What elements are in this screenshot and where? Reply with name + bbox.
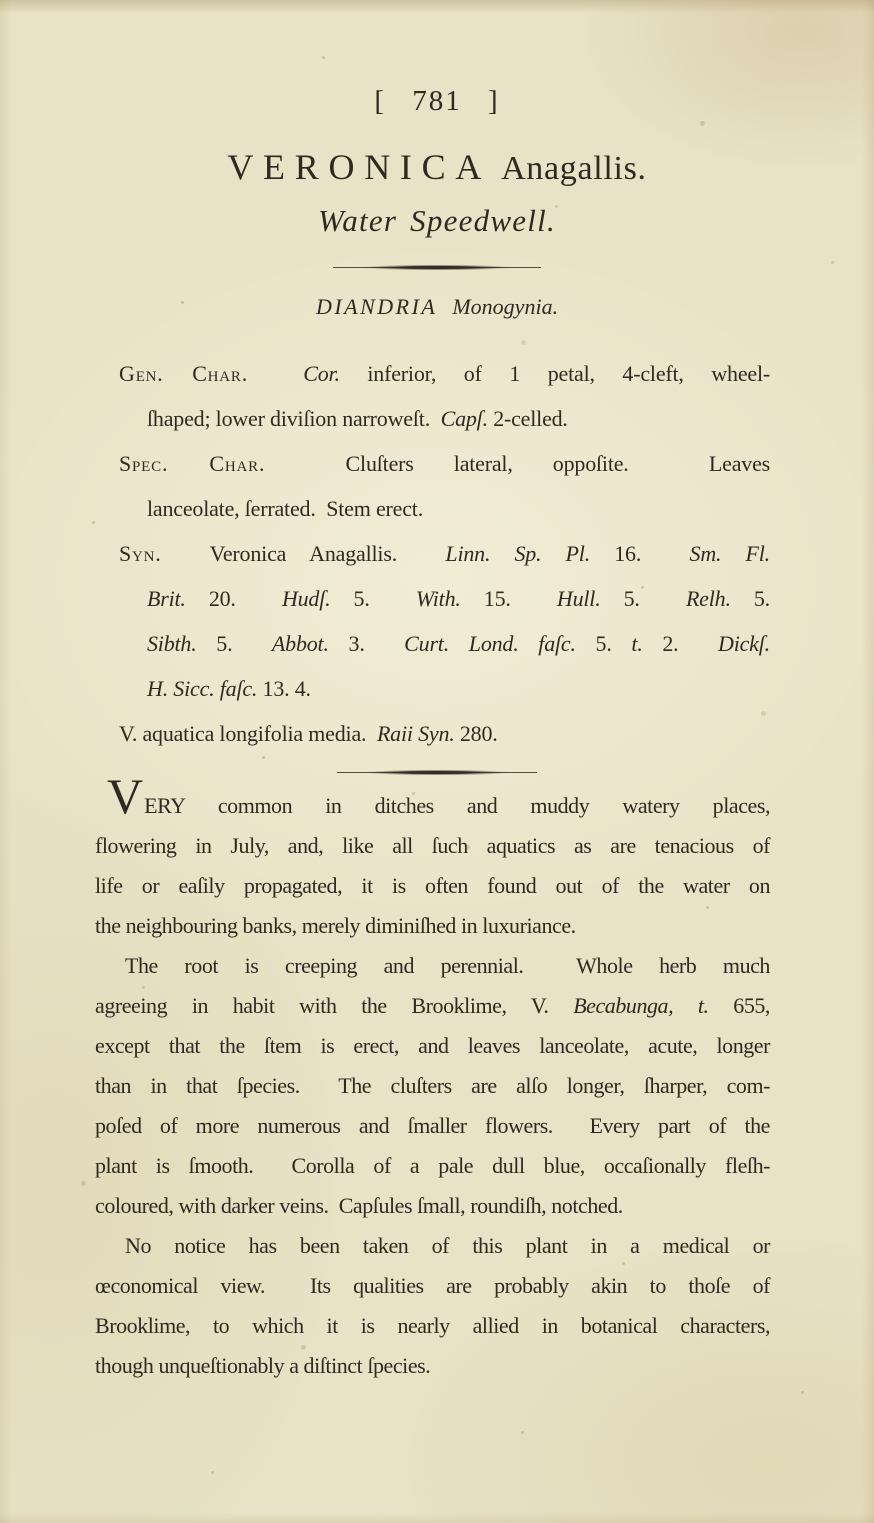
text-line: Brooklime, to which it is nearly allied … [95, 1306, 770, 1346]
text-segment: The root is creeping and perennial. Whol… [125, 953, 770, 978]
text-segment: poſed of more numerous and ſmaller flowe… [95, 1113, 770, 1138]
book-page: [ 781 ] VERONICAAnagallis. Water Speedwe… [0, 0, 874, 1523]
page-number: [ 781 ] [0, 0, 874, 118]
text-segment: Spec. Char. [119, 451, 265, 476]
text-segment: than in that ſpecies. The cluſters are a… [95, 1073, 770, 1098]
text-segment: t. [631, 631, 642, 656]
text-segment: Sibth. [147, 631, 197, 656]
description-paragraph: No notice has been taken of this plant i… [95, 1226, 770, 1386]
text-line: VERY common in ditches and muddy watery … [95, 786, 770, 826]
generic-character-block: Gen. Char. Cor. inferior, of 1 petal, 4-… [119, 351, 770, 441]
text-segment: flowering in July, and, like all ſuch aq… [95, 833, 770, 858]
text-segment: Dickſ. [718, 631, 770, 656]
text-line: lanceolate, ſerrated. Stem erect. [119, 486, 770, 531]
text-line: the neighbouring banks, merely diminiſhe… [95, 906, 770, 946]
text-segment: Brooklime, to which it is nearly allied … [95, 1313, 770, 1338]
text-segment: 280. [455, 721, 498, 746]
text-segment: 15. [461, 586, 557, 611]
text-segment: coloured, with darker veins. Capſules ſm… [95, 1193, 623, 1218]
text-line: œconomical view. Its qualities are proba… [95, 1266, 770, 1306]
text-segment: Becabunga, t. [573, 993, 708, 1018]
text-line: H. Sicc. faſc. 13. 4. [119, 666, 770, 711]
text-segment: 5. [197, 631, 272, 656]
text-segment: Cor. [303, 361, 340, 386]
description-paragraph: VERY common in ditches and muddy watery … [95, 786, 770, 946]
text-segment: Veronica Anagallis. [162, 541, 446, 566]
text-line: except that the ſtem is erect, and leave… [95, 1026, 770, 1066]
text-line: Brit. 20. Hudſ. 5. With. 15. Hull. 5. Re… [119, 576, 770, 621]
text-segment: Relh. [686, 586, 731, 611]
text-line: V. aquatica longifolia media. Raii Syn. … [119, 711, 770, 756]
section-divider-rule [333, 264, 541, 271]
text-segment: V. aquatica longifolia media. [119, 721, 377, 746]
text-segment: Brit. [147, 586, 186, 611]
ray-synonym-block: V. aquatica longifolia media. Raii Syn. … [119, 711, 770, 756]
text-line: Gen. Char. Cor. inferior, of 1 petal, 4-… [119, 351, 770, 396]
species-epithet: Anagallis. [501, 150, 647, 187]
linnaean-class: DIANDRIA [316, 294, 437, 319]
text-segment: Raii Syn. [377, 721, 455, 746]
text-segment: except that the ſtem is erect, and leave… [95, 1033, 770, 1058]
text-segment: life or eaſily propagated, it is often f… [95, 873, 770, 898]
drop-cap-initial: V [107, 768, 144, 824]
text-segment: the neighbouring banks, merely diminiſhe… [95, 913, 576, 938]
text-segment: 16. [590, 541, 690, 566]
text-segment [248, 361, 303, 386]
text-segment: 5. [731, 586, 770, 611]
text-segment: H. Sicc. faſc. [147, 676, 257, 701]
text-line: agreeing in habit with the Brooklime, V.… [95, 986, 770, 1026]
text-line: Sibth. 5. Abbot. 3. Curt. Lond. faſc. 5.… [119, 621, 770, 666]
text-segment: Capſ. [441, 406, 488, 431]
synonyms-block: Syn. Veronica Anagallis. Linn. Sp. Pl. 1… [119, 531, 770, 711]
text-segment: 5. [601, 586, 686, 611]
classification-line: DIANDRIAMonogynia. [0, 293, 874, 321]
text-segment: Syn. [119, 541, 162, 566]
text-segment: Linn. Sp. Pl. [445, 541, 590, 566]
text-segment: ERY common in ditches and muddy watery p… [144, 793, 770, 818]
text-segment: 20. [186, 586, 282, 611]
text-line: than in that ſpecies. The cluſters are a… [95, 1066, 770, 1106]
linnaean-order: Monogynia. [452, 294, 558, 319]
section-divider-rule [337, 769, 537, 776]
text-segment: though unqueſtionably a diſtinct ſpecies… [95, 1353, 430, 1378]
text-line: coloured, with darker veins. Capſules ſm… [95, 1186, 770, 1226]
text-segment: 3. [329, 631, 404, 656]
synopsis-section: Gen. Char. Cor. inferior, of 1 petal, 4-… [119, 351, 770, 756]
text-line: Syn. Veronica Anagallis. Linn. Sp. Pl. 1… [119, 531, 770, 576]
text-line: life or eaſily propagated, it is often f… [95, 866, 770, 906]
text-line: poſed of more numerous and ſmaller flowe… [95, 1106, 770, 1146]
text-segment: 13. 4. [257, 676, 311, 701]
text-segment: Gen. Char. [119, 361, 248, 386]
text-segment: lanceolate, ſerrated. Stem erect. [147, 496, 423, 521]
species-title: VERONICAAnagallis. [0, 146, 874, 190]
text-segment: Abbot. [272, 631, 329, 656]
text-line: though unqueſtionably a diſtinct ſpecies… [95, 1346, 770, 1386]
text-segment: 2. [643, 631, 718, 656]
text-segment: 2-celled. [488, 406, 568, 431]
text-segment: Hull. [557, 586, 601, 611]
text-segment: Sm. Fl. [690, 541, 770, 566]
text-segment: inferior, of 1 petal, 4-cleft, wheel- [340, 361, 770, 386]
text-segment: 5. [576, 631, 632, 656]
description-paragraph: The root is creeping and perennial. Whol… [95, 946, 770, 1226]
text-segment: Curt. Lond. faſc. [404, 631, 576, 656]
text-line: plant is ſmooth. Corolla of a pale dull … [95, 1146, 770, 1186]
genus-name: VERONICA [227, 147, 491, 187]
common-name: Water Speedwell. [0, 202, 874, 240]
text-line: Spec. Char. Cluſters lateral, oppoſite. … [119, 441, 770, 486]
text-line: flowering in July, and, like all ſuch aq… [95, 826, 770, 866]
text-segment: With. [416, 586, 461, 611]
description-section: VERY common in ditches and muddy watery … [95, 786, 770, 1386]
text-segment: œconomical view. Its qualities are proba… [95, 1273, 770, 1298]
page-header: [ 781 ] VERONICAAnagallis. Water Speedwe… [0, 0, 874, 321]
text-segment: 655, [709, 993, 770, 1018]
text-segment: plant is ſmooth. Corolla of a pale dull … [95, 1153, 770, 1178]
text-segment: No notice has been taken of this plant i… [125, 1233, 770, 1258]
text-segment: 5. [330, 586, 415, 611]
text-segment: agreeing in habit with the Brooklime, V. [95, 993, 573, 1018]
text-line: The root is creeping and perennial. Whol… [95, 946, 770, 986]
text-segment: Cluſters lateral, oppoſite. Leaves [265, 451, 770, 476]
text-line: No notice has been taken of this plant i… [95, 1226, 770, 1266]
text-segment: Hudſ. [282, 586, 331, 611]
text-segment: ſhaped; lower diviſion narroweſt. [147, 406, 441, 431]
specific-character-block: Spec. Char. Cluſters lateral, oppoſite. … [119, 441, 770, 531]
text-line: ſhaped; lower diviſion narroweſt. Capſ. … [119, 396, 770, 441]
